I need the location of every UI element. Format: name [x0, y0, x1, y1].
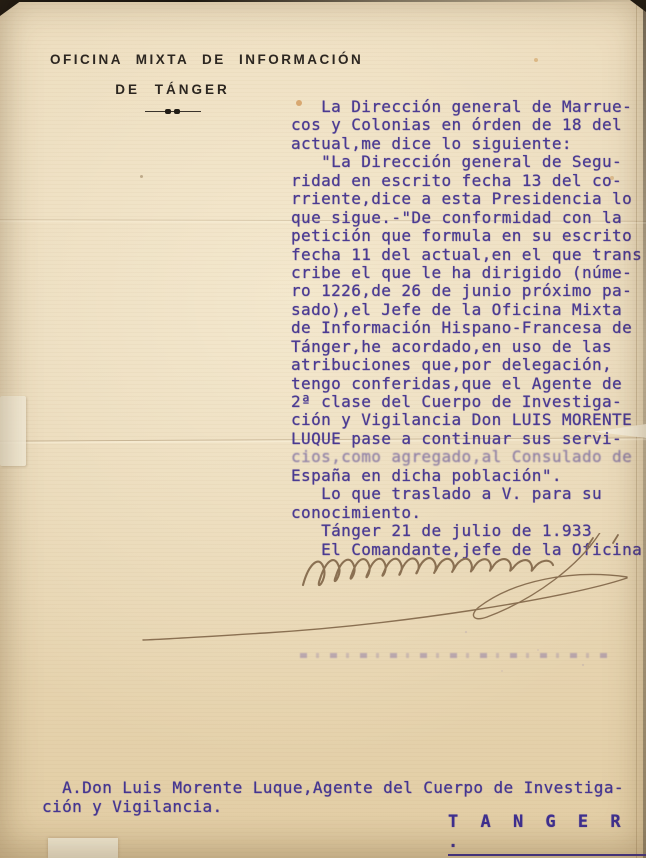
- letter-document: OFICINA MIXTA DE INFORMACIÓN DE TÁNGER L…: [0, 0, 646, 858]
- letter-body-line: 2ª clase del Cuerpo de Investiga-: [291, 393, 645, 411]
- tape-repair-bottom: [48, 838, 118, 858]
- letterhead-office-name: OFICINA MIXTA DE INFORMACIÓN: [50, 52, 295, 67]
- foxing-stain: [534, 58, 538, 62]
- letter-body-line: La Dirección general de Marrue-: [291, 98, 645, 116]
- letter-body-line: fecha 11 del actual,en el que trans: [291, 246, 645, 264]
- letter-body-line: España en dicha población".: [291, 467, 645, 485]
- letter-body-line: actual,me dice lo siguiente:: [291, 135, 645, 153]
- letter-body-line: cios,como agregado,al Consulado de: [291, 448, 645, 466]
- letter-body-line: ridad en escrito fecha 13 del co-: [291, 172, 645, 190]
- letter-body-line: de Información Hispano-Francesa de: [291, 319, 645, 337]
- letterhead-city: DE TÁNGER: [50, 82, 295, 97]
- letter-body-line: atribuciones que,por delegación,: [291, 356, 645, 374]
- letter-body-line: Tánger 21 de julio de 1.933: [291, 522, 645, 540]
- city-label: T A N G E R .: [448, 812, 646, 856]
- ink-specks: [430, 620, 610, 680]
- letter-body-line: LUQUE pase a continuar sus servi-: [291, 430, 645, 448]
- letter-body-line: "La Dirección general de Segu-: [291, 153, 645, 171]
- letter-body-line: El Comandante,jefe de la Oficina: [291, 541, 645, 559]
- foxing-stain: [140, 175, 143, 178]
- letter-body-line: que sigue.-"De conformidad con la: [291, 209, 645, 227]
- tape-repair-left: [0, 396, 26, 466]
- letter-body-line: Tánger,he acordado,en uso de las: [291, 338, 645, 356]
- letter-body-line: rriente,dice a esta Presidencia lo: [291, 190, 645, 208]
- letterhead-ornament-icon: [145, 108, 201, 115]
- letter-body-line: ro 1226,de 26 de junio próximo pa-: [291, 282, 645, 300]
- photo-top-edge: [0, 0, 646, 2]
- letter-body-line: cos y Colonias en órden de 18 del: [291, 116, 645, 134]
- addressee-line-1: A.Don Luis Morente Luque,Agente del Cuer…: [42, 778, 622, 797]
- letter-body-line: cribe el que le ha dirigido (núme-: [291, 264, 645, 282]
- photo-corner-top-left: [0, 0, 22, 16]
- letter-body: La Dirección general de Marrue-cos y Col…: [291, 98, 645, 559]
- letter-body-line: conocimiento.: [291, 504, 645, 522]
- letter-body-line: tengo conferidas,que el Agente de: [291, 375, 645, 393]
- letter-body-line: Lo que traslado a V. para su: [291, 485, 645, 503]
- letterhead: OFICINA MIXTA DE INFORMACIÓN DE TÁNGER: [50, 52, 295, 115]
- letter-body-line: petición que formula en su escrito: [291, 227, 645, 245]
- letter-body-line: sado),el Jefe de la Oficina Mixta: [291, 301, 645, 319]
- letter-body-line: ción y Vigilancia Don LUIS MORENTE: [291, 411, 645, 429]
- addressee-block: A.Don Luis Morente Luque,Agente del Cuer…: [42, 778, 622, 816]
